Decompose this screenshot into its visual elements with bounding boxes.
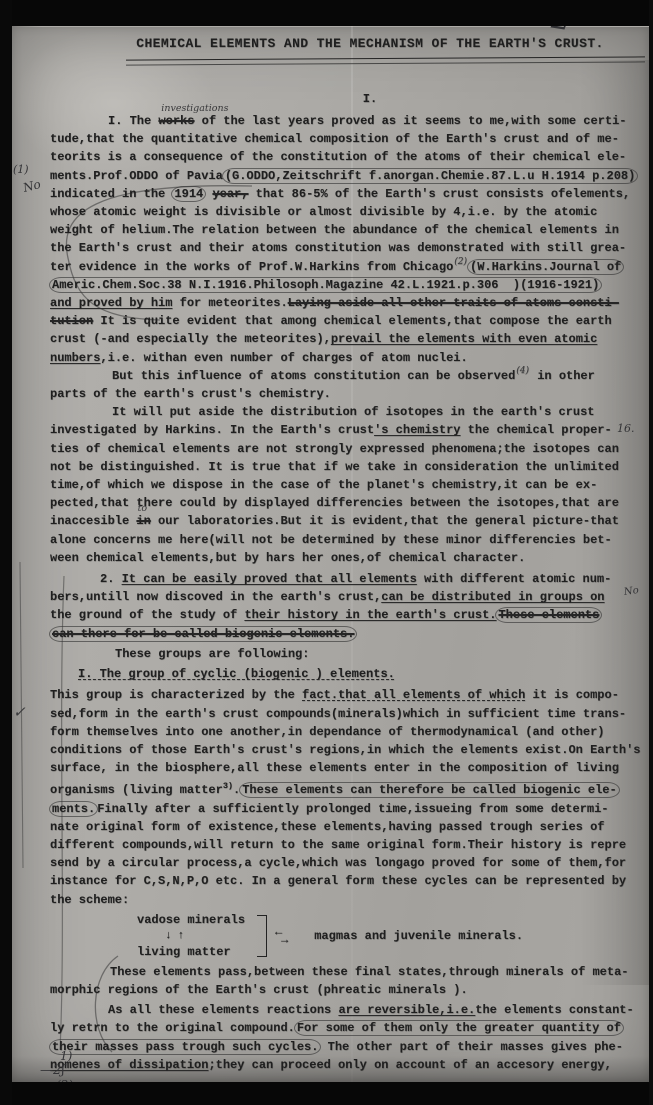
- text-line: the ground of the study of their history…: [50, 606, 650, 624]
- typewritten-text: I. The worksinvestigations of the last y…: [50, 112, 650, 1074]
- text-line: ments.Prof.ODDO of Pavia(G.ODDO,Zeitschr…: [50, 167, 650, 185]
- scheme-left-column: vadose minerals ↓↑ living matter: [137, 912, 245, 960]
- text-segment: surface, in the biosphere,all these elem…: [50, 761, 619, 775]
- text-line: 2. It can be easily proved that all elem…: [50, 570, 650, 588]
- page-title: CHEMICAL ELEMENTS AND THE MECHANISM OF T…: [110, 36, 630, 51]
- text-segment: bers,untill now discoved in the earth's …: [50, 590, 381, 604]
- text-segment: their masses pass trough such cycles.: [49, 1039, 321, 1055]
- text-segment: whose atomic weight is divisible or almo…: [50, 205, 597, 219]
- text-line: the Earth's crust and their atoms consti…: [50, 239, 650, 257]
- text-line: This group is characterized by the fact.…: [50, 686, 650, 704]
- text-segment: sed,form in the earth's crust compounds(…: [50, 707, 626, 721]
- text-segment: can be distributed in groups on: [381, 590, 604, 604]
- scan-border-top: [0, 0, 653, 26]
- text-segment: that 86-5% of the Earth's crust consists…: [248, 187, 630, 201]
- text-segment: As all these elements reactions: [108, 1003, 338, 1017]
- text-line: time,of which we dispose in the case of …: [50, 476, 650, 494]
- handwritten-correction: to: [138, 503, 148, 514]
- text-segment: But this influence of atoms constitution…: [112, 369, 458, 383]
- text-segment: fact.that all elements of which: [302, 688, 525, 702]
- text-segment: Chicago: [403, 260, 453, 274]
- text-segment: worksinvestigations: [158, 114, 194, 128]
- text-segment: I. The group of cyclic (biogenic ) eleme…: [78, 667, 395, 681]
- text-segment: It is quite evident that among chemical …: [93, 314, 611, 328]
- text-line: It will put aside the distribution of is…: [50, 403, 650, 421]
- text-segment: ;they can proceed only on account of an …: [208, 1058, 611, 1072]
- text-segment: different compounds,will return to the s…: [50, 838, 626, 852]
- text-line: nomenes of dissipation;they can proceed …: [50, 1056, 650, 1074]
- text-segment: tution: [50, 314, 93, 328]
- text-line: tution It is quite evident that among ch…: [50, 312, 650, 330]
- text-segment: teorits is a consequence of the constitu…: [50, 150, 626, 164]
- text-line: These elements pass,between these final …: [50, 963, 650, 981]
- text-segment: nate original form of existence,these el…: [50, 820, 605, 834]
- text-segment: tude,that the quantitative chemical comp…: [50, 132, 619, 146]
- text-line: ter evidence in the works of Prof.W.Hark…: [50, 258, 650, 276]
- text-line: conditions of those Earth's crust's regi…: [50, 741, 650, 759]
- text-segment: conditions of those Earth's crust's regi…: [50, 743, 641, 757]
- text-line: whose atomic weight is divisible or almo…: [50, 203, 650, 221]
- text-segment: prevail the elements with even atomic: [331, 332, 597, 346]
- text-segment: inaccesible: [50, 514, 136, 528]
- document-scan: CHEMICAL ELEMENTS AND THE MECHANISM OF T…: [0, 0, 653, 1105]
- scan-border-bottom: [0, 1082, 653, 1105]
- text-line: sed,form in the earth's crust compounds(…: [50, 705, 650, 723]
- text-segment: parts of the earth's crust's chemistry.: [50, 387, 331, 401]
- handwritten-superscript-ref: (4): [516, 366, 529, 376]
- scheme-magmas-label: magmas and juvenile minerals.: [314, 927, 523, 945]
- text-line: parts of the earth's crust's chemistry.: [50, 385, 650, 403]
- text-segment: our laboratories.But it is evident,that …: [151, 514, 619, 528]
- text-segment: 's chemistry: [374, 423, 460, 437]
- text-segment: instance for C,S,N,P,O etc. In a general…: [50, 874, 626, 888]
- left-right-arrows-icon: ← →: [275, 928, 288, 944]
- text-line: tude,that the quantitative chemical comp…: [50, 130, 650, 148]
- text-line: I. The group of cyclic (biogenic ) eleme…: [50, 665, 650, 683]
- text-line: can there for be called biogenic element…: [50, 625, 650, 643]
- text-segment: and proved by him: [50, 296, 172, 310]
- text-segment: I. The: [108, 114, 158, 128]
- text-segment: investigated by Harkins. In the Earth's …: [50, 423, 374, 437]
- text-line: surface, in the biosphere,all these elem…: [50, 759, 650, 777]
- text-segment: in other: [530, 369, 595, 383]
- text-segment: organisms (living matter: [50, 783, 223, 797]
- text-segment: alone concerns me here(will not be deter…: [50, 533, 612, 547]
- text-segment: Americ.Chem.Soc.38 N.I.1916.Philosoph.Ma…: [49, 277, 602, 293]
- handwritten-margin-ref: (1): [13, 163, 29, 176]
- scan-border-right: [649, 0, 653, 1105]
- text-segment: are reversible,i.e.: [338, 1003, 475, 1017]
- text-segment: Finally after a sufficiently prolonged t…: [97, 802, 608, 816]
- text-segment: it is compo-: [525, 688, 619, 702]
- text-segment: weight of helium.The relation between th…: [50, 223, 619, 237]
- text-segment: the chemical proper-: [460, 423, 611, 437]
- handwritten-bottom-note-2: —2ʃ: [40, 1063, 65, 1078]
- text-segment: These elements: [495, 607, 602, 623]
- text-segment: into: [136, 514, 150, 528]
- text-segment: with different atomic num-: [417, 572, 611, 586]
- text-line: the scheme:: [50, 891, 650, 909]
- text-line: But this influence of atoms constitution…: [50, 367, 650, 385]
- text-segment: year,: [212, 187, 248, 201]
- text-line: not be distinguished. It is true that if…: [50, 458, 650, 476]
- text-line: organisms (living matter3).These element…: [50, 777, 650, 799]
- text-segment: ties of chemical elements are not strong…: [50, 442, 619, 456]
- text-segment: can there for be called biogenic element…: [49, 626, 357, 642]
- text-segment: time,of which we dispose in the case of …: [50, 478, 597, 492]
- text-line: numbers,i.e. withan even number of charg…: [50, 349, 650, 367]
- scheme-vadose-minerals: vadose minerals: [137, 912, 245, 928]
- text-segment: ,i.e. withan even number of charges of a…: [100, 351, 467, 365]
- text-segment: This group is characterized by the: [50, 688, 302, 702]
- text-segment: pected,that there could by displayed dif…: [50, 496, 619, 510]
- handwritten-right-small-note: No: [623, 585, 639, 598]
- text-segment: ments.: [49, 801, 98, 817]
- text-segment: indicated in the: [50, 187, 172, 201]
- text-segment: 2.: [100, 572, 122, 586]
- text-segment: These groups are following:: [115, 647, 309, 661]
- text-lines-lower: These elements pass,between these final …: [50, 963, 650, 1074]
- text-segment: form themselves into one another,in depe…: [50, 725, 605, 739]
- handwritten-right-note: 16.: [617, 422, 635, 435]
- text-line: inaccesible into our laboratories.But it…: [50, 512, 650, 530]
- text-line: teorits is a consequence of the constitu…: [50, 148, 650, 166]
- text-segment: ments.Prof.ODDO of Pavia: [50, 169, 223, 183]
- text-line: These groups are following:: [50, 645, 650, 663]
- text-line: I. The worksinvestigations of the last y…: [50, 112, 650, 130]
- text-line: bers,untill now discoved in the earth's …: [50, 588, 650, 606]
- text-segment: their history in the earth's crust.: [244, 608, 496, 622]
- text-segment: The other part of their masses gives phe…: [320, 1040, 622, 1054]
- text-line: different compounds,will return to the s…: [50, 836, 650, 854]
- text-segment: 3): [223, 781, 233, 791]
- text-segment: morphic regions of the Earth's crust (ph…: [50, 983, 468, 997]
- text-segment: observed: [458, 369, 516, 383]
- text-segment: (G.ODDO,Zeitschrift f.anorgan.Chemie.87.…: [222, 168, 638, 184]
- text-segment: nomenes of dissipation: [50, 1058, 208, 1072]
- text-segment: the Earth's crust and their atoms consti…: [50, 241, 626, 255]
- text-segment: It will put aside the distribution of is…: [112, 405, 594, 419]
- text-line: send by a circular process,a cycle,which…: [50, 854, 650, 872]
- text-segment: Laying aside all other traits of atoms c…: [288, 296, 619, 310]
- text-line: morphic regions of the Earth's crust (ph…: [50, 981, 650, 999]
- text-line: nate original form of existence,these el…: [50, 818, 650, 836]
- scheme-living-matter: living matter: [137, 944, 245, 960]
- text-segment: the elements constant-: [475, 1003, 633, 1017]
- text-line: ments.Finally after a sufficiently prolo…: [50, 800, 650, 818]
- up-down-arrows-icon: ↓↑: [137, 928, 245, 944]
- text-line: Americ.Chem.Soc.38 N.I.1916.Philosoph.Ma…: [50, 276, 650, 294]
- text-line: ly retrn to the original compound.For so…: [50, 1019, 650, 1037]
- bracket-icon: [257, 915, 267, 957]
- text-segment: crust (-and especially the meteorites),: [50, 332, 331, 346]
- text-segment: send by a circular process,a cycle,which…: [50, 856, 626, 870]
- cycle-scheme: vadose minerals ↓↑ living matter ← → mag…: [137, 912, 650, 960]
- text-segment: of the last years proved as it seems to …: [194, 114, 626, 128]
- text-segment: ter evidence in the works of Prof.W.Hark…: [50, 260, 403, 274]
- text-line: ween chemical elements,but by hars her o…: [50, 549, 650, 567]
- text-segment: These elements can therefore be called b…: [239, 782, 619, 798]
- text-segment: ly retrn to the original compound.: [50, 1021, 295, 1035]
- text-segment: 1914: [171, 186, 206, 202]
- text-segment: for meteorites.: [172, 296, 287, 310]
- scan-border-left: [0, 0, 12, 1105]
- handwritten-bottom-note-1: 1): [60, 1049, 72, 1063]
- text-lines-upper: I. The worksinvestigations of the last y…: [50, 112, 650, 909]
- checkmark-icon: ✓: [13, 703, 26, 721]
- text-segment: (W.Harkins.Journal of: [467, 259, 624, 275]
- text-segment: It can be easily proved that all element…: [122, 572, 417, 586]
- text-segment: For some of them only the greater quanti…: [294, 1020, 624, 1036]
- text-segment: ween chemical elements,but by hars her o…: [50, 551, 525, 565]
- text-line: form themselves into one another,in depe…: [50, 723, 650, 741]
- text-segment: the scheme:: [50, 893, 129, 907]
- handwritten-superscript-ref: (2): [454, 257, 467, 267]
- text-line: investigated by Harkins. In the Earth's …: [50, 421, 650, 439]
- text-line: their masses pass trough such cycles. Th…: [50, 1038, 650, 1056]
- text-line: As all these elements reactions are reve…: [50, 1001, 650, 1019]
- handwritten-correction: investigations: [161, 103, 228, 114]
- text-line: ties of chemical elements are not strong…: [50, 440, 650, 458]
- text-segment: These elements pass,between these final …: [110, 965, 628, 979]
- text-segment: numbers: [50, 351, 100, 365]
- text-segment: the ground of the study of: [50, 608, 244, 622]
- text-line: indicated in the 1914 year, that 86-5% o…: [50, 185, 650, 203]
- text-line: alone concerns me here(will not be deter…: [50, 531, 650, 549]
- text-segment: not be distinguished. It is true that if…: [50, 460, 619, 474]
- text-line: weight of helium.The relation between th…: [50, 221, 650, 239]
- text-line: and proved by him for meteorites.Laying …: [50, 294, 650, 312]
- text-line: instance for C,S,N,P,O etc. In a general…: [50, 872, 650, 890]
- text-line: crust (-and especially the meteorites),p…: [50, 330, 650, 348]
